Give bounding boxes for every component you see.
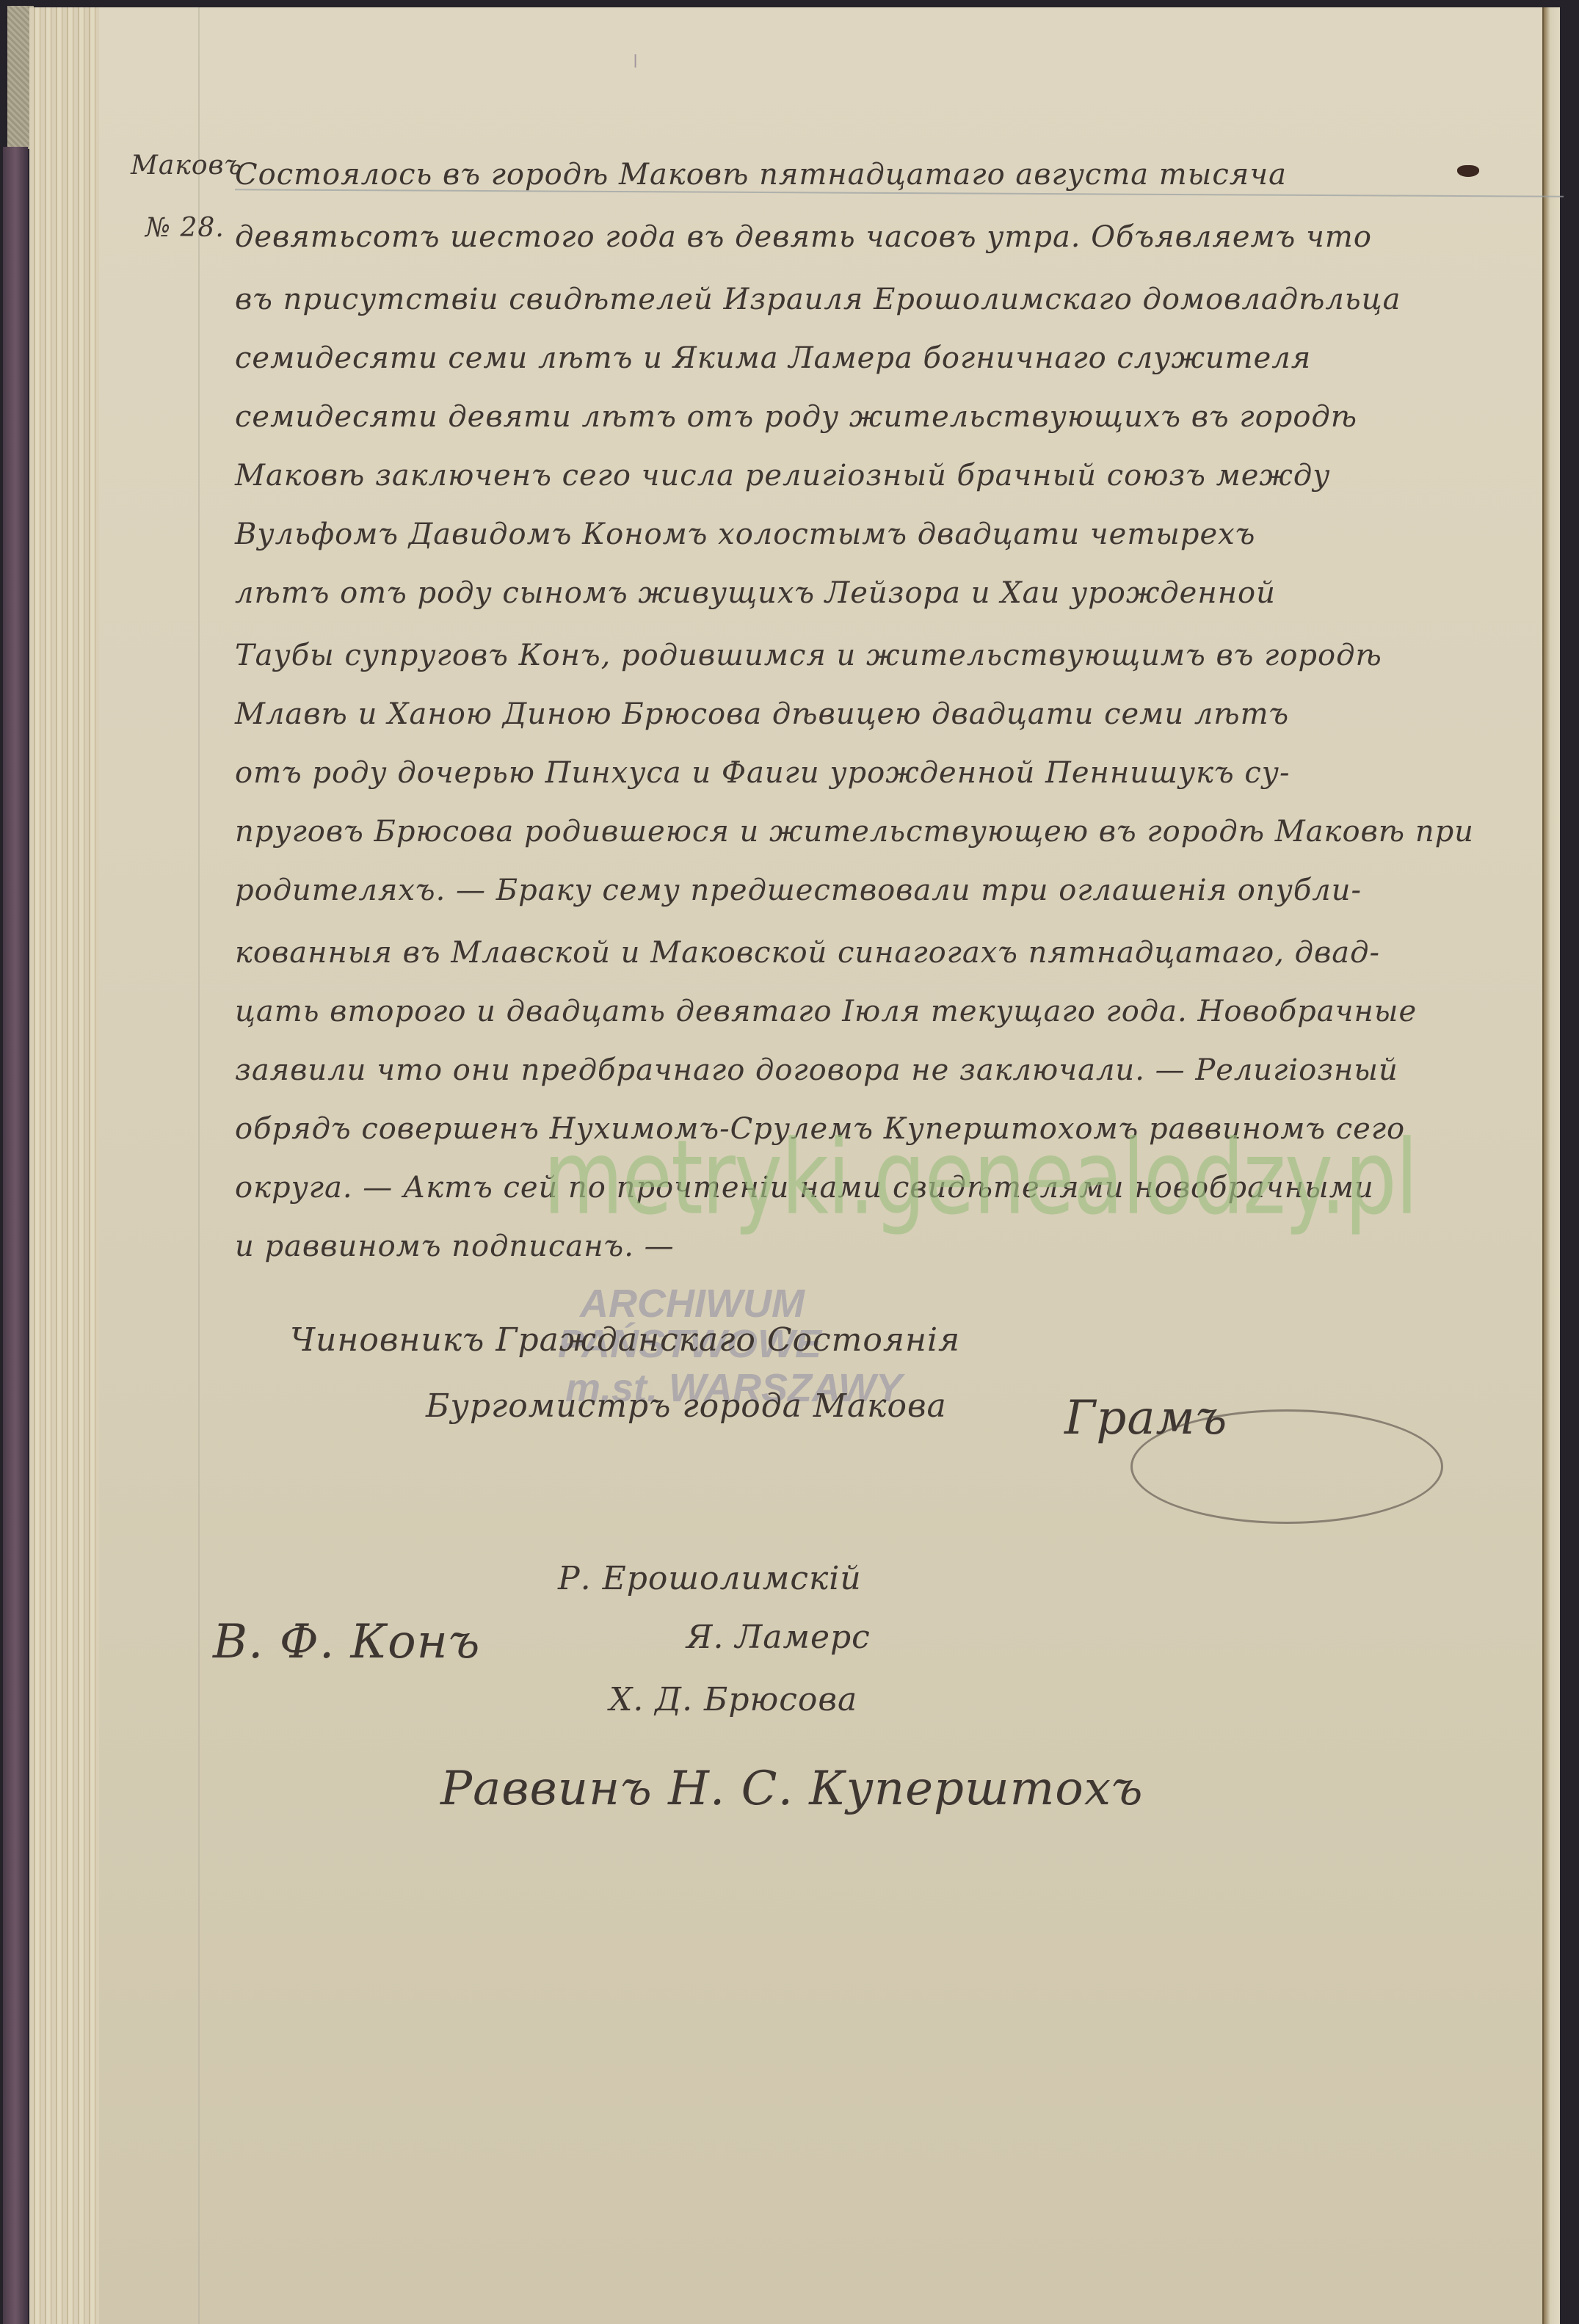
signature-witness-2: Я. Ламерс bbox=[686, 1619, 871, 1656]
body-line: девятьсотъ шестого года въ девять часовъ… bbox=[235, 220, 1372, 254]
ink-blot bbox=[1457, 165, 1479, 177]
body-line: Маковѣ заключенъ сего числа религіозный … bbox=[235, 459, 1330, 493]
body-line: Млавѣ и Ханою Диною Брюсова дѣвицею двад… bbox=[235, 697, 1289, 731]
official-subtitle: Бургомистръ города Макова bbox=[426, 1387, 947, 1425]
signature-rabbi: Раввинъ Н. С. Куперштохъ bbox=[440, 1762, 1144, 1816]
body-line: Состоялось въ городѣ Маковѣ пятнадцатаго… bbox=[235, 158, 1287, 192]
body-line: пруговъ Брюсова родившеюся и жительствую… bbox=[235, 815, 1474, 849]
body-line: Таубы супруговъ Конъ, родившимся и жител… bbox=[235, 639, 1382, 672]
body-line: отъ роду дочерью Пинхуса и Фаиги урожден… bbox=[235, 756, 1290, 790]
signature-flourish bbox=[1130, 1409, 1443, 1524]
watermark-site: metryki.genealodzy.pl bbox=[543, 1119, 1417, 1238]
signature-bride: Х. Д. Брюсова bbox=[609, 1681, 857, 1718]
body-line: лѣтъ отъ роду сыномъ живущихъ Лейзора и … bbox=[235, 576, 1276, 610]
cover-spine-fabric bbox=[3, 147, 28, 2324]
body-line: семидесяти девяти лѣтъ отъ роду жительст… bbox=[235, 400, 1357, 434]
body-line: семидесяти семи лѣтъ и Якима Ламера богн… bbox=[235, 341, 1311, 375]
official-title: Чиновникъ Гражданскаго Состоянія bbox=[290, 1321, 960, 1359]
watermark-archive-line1: ARCHIWUM bbox=[580, 1281, 805, 1326]
margin-rule bbox=[198, 7, 200, 2324]
margin-place-name: Маковъ bbox=[131, 150, 242, 181]
page-right-edge bbox=[1542, 7, 1560, 2324]
body-line: родителяхъ. — Браку сему предшествовали … bbox=[235, 874, 1362, 907]
body-line: Вульфомъ Давидомъ Кономъ холостымъ двадц… bbox=[235, 518, 1255, 551]
record-number: № 28. bbox=[145, 213, 225, 243]
body-line: цать второго и двадцать девятаго Іюля те… bbox=[235, 995, 1417, 1028]
signature-witness-1: Р. Ерошолимскій bbox=[558, 1560, 862, 1597]
body-line: кованныя въ Млавской и Маковской синагог… bbox=[235, 936, 1380, 970]
body-line: въ присутствіи свидѣтелей Израиля Ерошол… bbox=[235, 283, 1401, 316]
faint-pencil-mark: ǀ bbox=[633, 51, 638, 72]
body-line: заявили что они предбрачнаго договора не… bbox=[235, 1053, 1398, 1087]
signature-groom: В. Ф. Конъ bbox=[213, 1615, 480, 1669]
stacked-page-edges bbox=[29, 7, 103, 2324]
